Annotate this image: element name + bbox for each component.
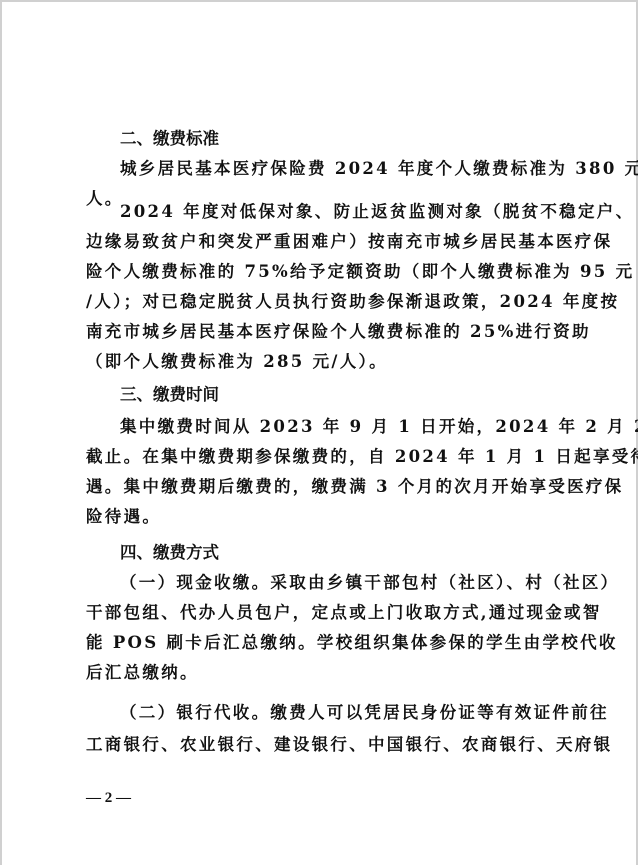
paragraph-line: 险待遇。 — [86, 502, 566, 532]
paragraph-line: （二）银行代收。缴费人可以凭居民身份证等有效证件前往 — [120, 698, 566, 728]
section-heading-payment-time: 三、缴费时间 — [120, 380, 219, 410]
paragraph-line: 城乡居民基本医疗保险费 2024 年度个人缴费标准为 380 元/ — [120, 154, 566, 184]
paragraph-line: 险个人缴费标准的 75%给予定额资助（即个人缴费标准为 95 元 — [86, 257, 566, 287]
paragraph-line: 截止。在集中缴费期参保缴费的，自 2024 年 1 月 1 日起享受待 — [86, 442, 566, 472]
paragraph-line: /人）；对已稳定脱贫人员执行资助参保渐退政策，2024 年度按 — [86, 287, 566, 317]
paragraph-line: （即个人缴费标准为 285 元/人）。 — [86, 347, 566, 377]
paragraph-line: 边缘易致贫户和突发严重困难户）按南充市城乡居民基本医疗保 — [86, 227, 566, 257]
page-number: — 2 — — [86, 790, 131, 807]
paragraph-line: （一）现金收缴。采取由乡镇干部包村（社区）、村（社区） — [120, 568, 566, 598]
paragraph-line: 干部包组、代办人员包户，定点或上门收取方式,通过现金或智 — [86, 598, 566, 628]
paragraph-line: 后汇总缴纳。 — [86, 658, 566, 688]
paragraph-line: 南充市城乡居民基本医疗保险个人缴费标准的 25%进行资助 — [86, 317, 566, 347]
paragraph-line: 工商银行、农业银行、建设银行、中国银行、农商银行、天府银 — [86, 730, 566, 760]
paragraph-line: 2024 年度对低保对象、防止返贫监测对象（脱贫不稳定户、 — [120, 197, 566, 227]
section-heading-payment-method: 四、缴费方式 — [120, 538, 219, 568]
document-page: 二、缴费标准 城乡居民基本医疗保险费 2024 年度个人缴费标准为 380 元/… — [0, 0, 638, 865]
paragraph-line: 遇。集中缴费期后缴费的，缴费满 3 个月的次月开始享受医疗保 — [86, 472, 566, 502]
section-heading-payment-standard: 二、缴费标准 — [120, 124, 219, 154]
paragraph-line: 集中缴费时间从 2023 年 9 月 1 日开始，2024 年 2 月 29 日 — [120, 412, 566, 442]
paragraph-line: 能 POS 刷卡后汇总缴纳。学校组织集体参保的学生由学校代收 — [86, 628, 566, 658]
